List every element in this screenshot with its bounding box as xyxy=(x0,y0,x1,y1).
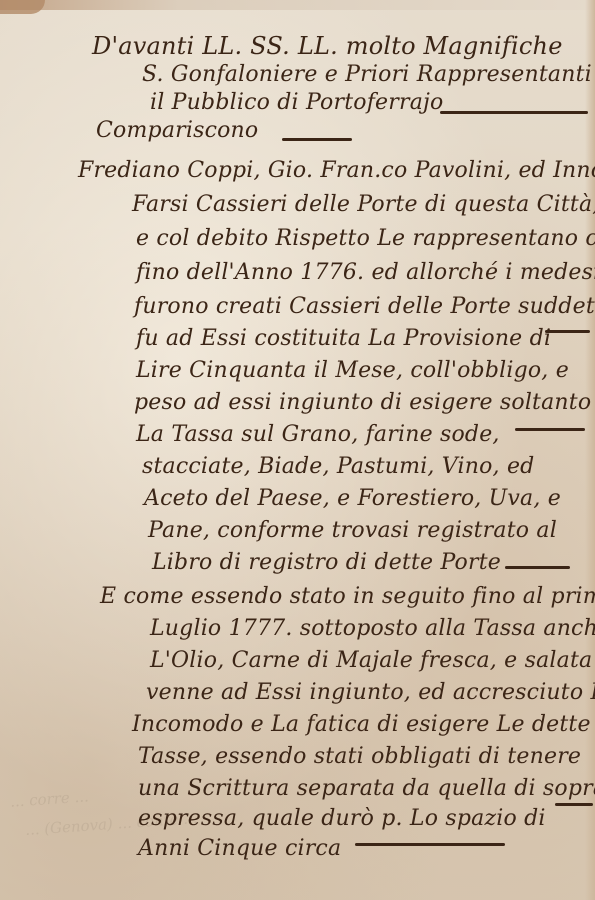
manuscript-line: furono creati Cassieri delle Porte sudde… xyxy=(134,294,595,319)
manuscript-line: fino dell'Anno 1776. ed allorché i medes… xyxy=(136,260,595,285)
manuscript-line: Incomodo e La fatica di esigere Le dette xyxy=(132,712,591,737)
manuscript-line: espressa, quale durò p. Lo spazio di xyxy=(138,806,546,831)
line-flourish xyxy=(282,138,352,141)
manuscript-line: L'Olio, Carne di Majale fresca, e salata xyxy=(150,648,592,673)
manuscript-line: Tasse, essendo stati obbligati di tenere xyxy=(138,744,581,769)
manuscript-line: Aceto del Paese, e Forestiero, Uva, e xyxy=(144,486,561,511)
manuscript-line: stacciate, Biade, Pastumi, Vino, ed xyxy=(142,454,534,479)
manuscript-line: e col debito Rispetto Le rappresentano c… xyxy=(136,226,595,251)
manuscript-line: E come essendo stato in seguito fino al … xyxy=(100,584,595,609)
line-flourish xyxy=(555,803,593,806)
manuscript-line: Anni Cinque circa xyxy=(138,836,341,861)
page-right-edge xyxy=(585,0,595,900)
page-top-edge-shadow xyxy=(0,0,595,10)
manuscript-line: il Pubblico di Portoferrajo xyxy=(150,90,443,115)
manuscript-line: Libro di registro di dette Porte xyxy=(152,550,501,575)
manuscript-line: fu ad Essi costituita La Provisione di xyxy=(136,326,551,351)
manuscript-line: Luglio 1777. sottoposto alla Tassa anche xyxy=(150,616,595,641)
manuscript-line: Compariscono xyxy=(96,118,258,143)
manuscript-line: peso ad essi ingiunto di esigere soltant… xyxy=(134,390,591,415)
manuscript-page: ... corre ... ... (Genova) ... conte ...… xyxy=(0,0,595,900)
manuscript-line: La Tassa sul Grano, farine sode, xyxy=(136,422,500,447)
manuscript-line: venne ad Essi ingiunto, ed accresciuto L… xyxy=(146,680,595,705)
manuscript-line: Farsi Cassieri delle Porte di questa Cit… xyxy=(132,192,595,217)
line-flourish xyxy=(440,111,588,114)
corner-shadow xyxy=(0,0,45,14)
manuscript-line: Pane, conforme trovasi registrato al xyxy=(148,518,557,543)
manuscript-line: Lire Cinquanta il Mese, coll'obbligo, e xyxy=(136,358,569,383)
manuscript-line: D'avanti LL. SS. LL. molto Magnifiche xyxy=(92,32,563,60)
line-flourish xyxy=(355,843,505,846)
manuscript-line: una Scrittura separata da quella di sopr… xyxy=(138,776,595,801)
line-flourish xyxy=(545,330,590,333)
manuscript-line: S. Gonfaloniere e Priori Rappresentanti xyxy=(142,62,592,87)
manuscript-line: Frediano Coppi, Gio. Fran.co Pavolini, e… xyxy=(78,158,595,183)
line-flourish xyxy=(505,566,570,569)
line-flourish xyxy=(515,428,585,431)
bleed-through-text: ... corre ... xyxy=(9,787,89,810)
